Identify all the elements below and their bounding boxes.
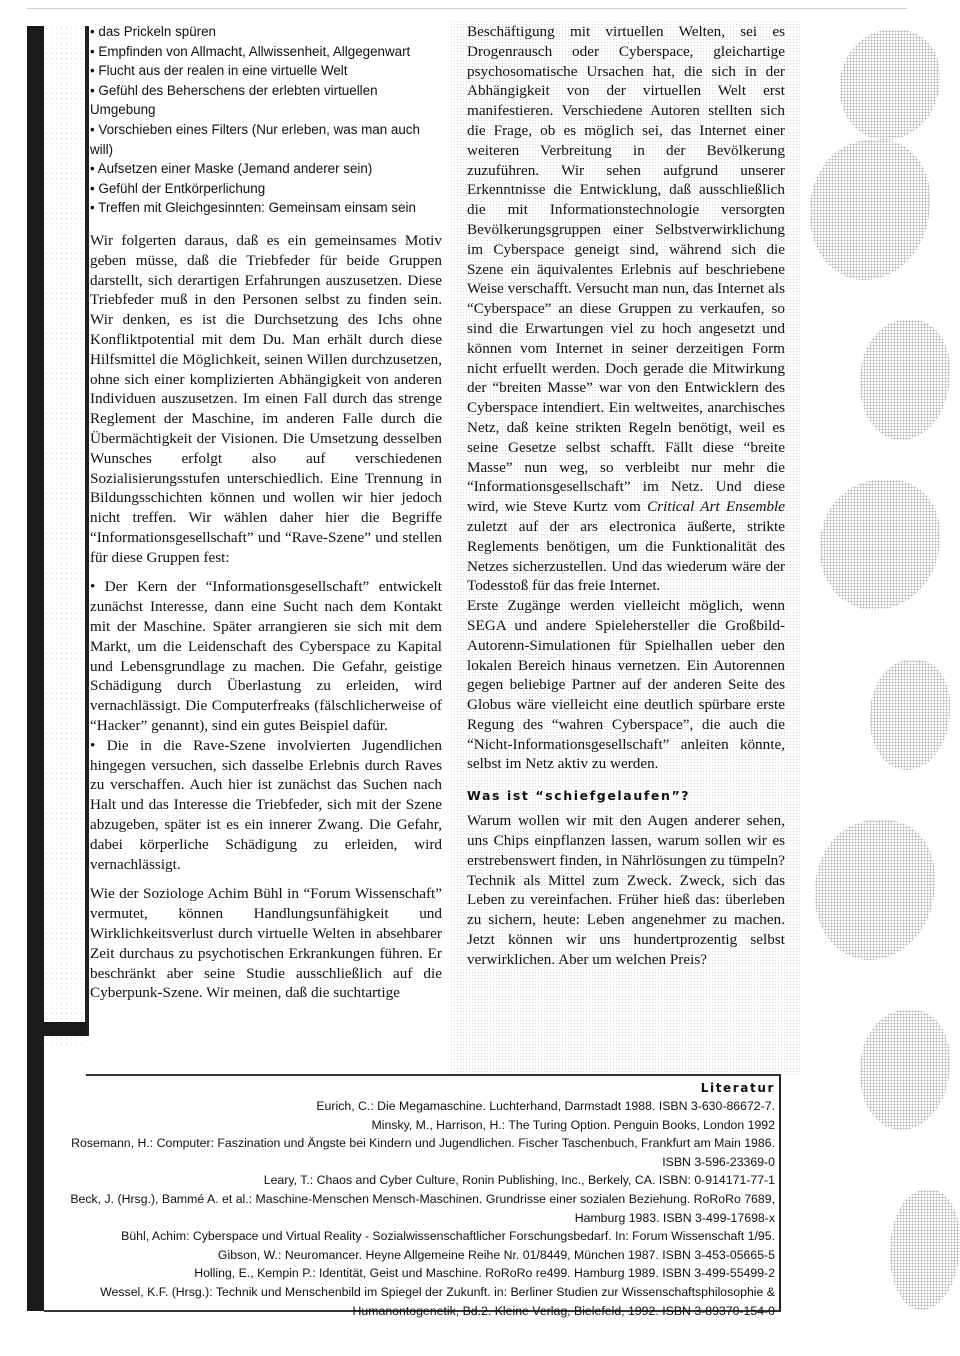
- paragraph-cyberspace: Beschäftigung mit virtuellen Welten, sei…: [467, 22, 785, 596]
- literature-entry: Rosemann, H.: Computer: Faszination und …: [44, 1134, 775, 1153]
- left-stipple-margin: [44, 26, 86, 1046]
- literature-entry: Holling, E., Kempin P.: Identität, Geist…: [44, 1264, 775, 1283]
- bullet-item: • Treffen mit Gleichgesinnten: Gemeinsam…: [90, 198, 442, 218]
- literature-entry: Gibson, W.: Neuromancer. Heyne Allgemein…: [44, 1246, 775, 1265]
- bullet-item: • Gefühl des Beherschens der erlebten vi…: [90, 81, 442, 120]
- literature-entry: Leary, T.: Chaos and Cyber Culture, Roni…: [44, 1171, 775, 1190]
- leaf-icon: [860, 1010, 950, 1130]
- literature-entry: Minsky, M., Harrison, H.: The Turing Opt…: [44, 1116, 775, 1135]
- bullet-item: • Empfinden von Allmacht, Allwissenheit,…: [90, 42, 442, 62]
- literature-entry: Eurich, C.: Die Megamaschine. Luchterhan…: [44, 1097, 775, 1116]
- motive-bullet-list: • das Prickeln spüren • Empfinden von Al…: [90, 22, 442, 218]
- paragraph-rave-szene: • Die in die Rave-Szene involvierten Jug…: [90, 736, 442, 875]
- top-rule: [27, 8, 907, 9]
- section-heading: Was ist “schiefgelaufen”?: [467, 788, 785, 803]
- left-inner-bar: [85, 26, 89, 1036]
- literature-entry: Hamburg 1983. ISBN 3-499-17698-x: [44, 1209, 775, 1228]
- left-column: • das Prickeln spüren • Empfinden von Al…: [90, 22, 442, 1003]
- document-page: • das Prickeln spüren • Empfinden von Al…: [0, 0, 960, 1356]
- left-black-bar: [27, 26, 44, 1311]
- paragraph-motive: Wir folgerten daraus, daß es ein gemeins…: [90, 231, 442, 568]
- paragraph-informationsgesellschaft: • Der Kern der “Informationsgesellschaft…: [90, 577, 442, 735]
- leaf-icon: [815, 820, 935, 960]
- leaf-icon: [870, 660, 950, 770]
- leaf-icon: [860, 320, 950, 440]
- leaf-icon: [840, 30, 940, 140]
- left-bar-step: [27, 1022, 87, 1036]
- literature-entry: Bühl, Achim: Cyberspace und Virtual Real…: [44, 1227, 775, 1246]
- bullet-item: • Aufsetzen einer Maske (Jemand anderer …: [90, 159, 442, 179]
- bullet-item: • Gefühl der Entkörperlichung: [90, 179, 442, 199]
- bullet-item: • Flucht aus der realen in eine virtuell…: [90, 61, 442, 81]
- literature-entry: ISBN 3-596-23369-0: [44, 1153, 775, 1172]
- leaf-icon: [890, 1190, 960, 1310]
- paragraph-buehl: Wie der Soziologe Achim Bühl in “Forum W…: [90, 884, 442, 1003]
- leaf-icon: [810, 140, 930, 280]
- literature-box: Literatur Eurich, C.: Die Megamaschine. …: [44, 1076, 781, 1312]
- bullet-item: • Vorschieben eines Filters (Nur erleben…: [90, 120, 442, 159]
- literature-entry: Humanontogenetik, Bd.2. Kleine Verlag, B…: [44, 1302, 775, 1321]
- literature-title: Literatur: [44, 1079, 775, 1097]
- right-column: Beschäftigung mit virtuellen Welten, sei…: [467, 22, 785, 970]
- paragraph-text: zuletzt auf der ars electronica äußerte,…: [467, 518, 785, 594]
- italic-critical-art-ensemble: Critical Art Ensemble: [647, 498, 785, 515]
- literature-entry: Beck, J. (Hrsg.), Bammé A. et al.: Masch…: [44, 1190, 775, 1209]
- paragraph-warum: Warum wollen wir mit den Augen anderer s…: [467, 811, 785, 969]
- bullet-item: • das Prickeln spüren: [90, 22, 442, 42]
- paragraph-sega: Erste Zugänge werden vielleicht möglich,…: [467, 596, 785, 774]
- literature-entry: Wessel, K.F. (Hrsg.): Technik und Mensch…: [44, 1283, 775, 1302]
- leaf-icon: [820, 480, 940, 610]
- paragraph-text: Beschäftigung mit virtuellen Welten, sei…: [467, 23, 785, 515]
- decorative-leaf-pattern: [800, 20, 960, 1356]
